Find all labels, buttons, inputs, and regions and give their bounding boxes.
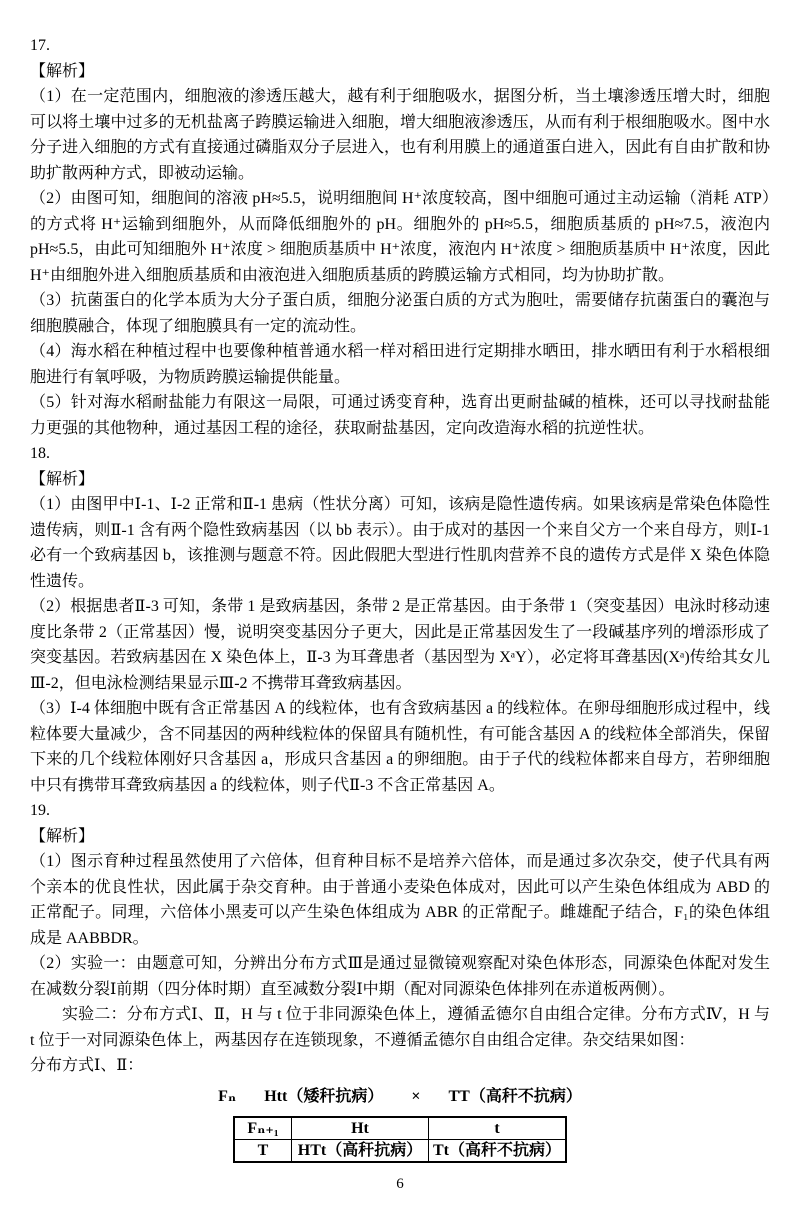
punnett-gamete-ht-cell: Ht xyxy=(292,1117,429,1140)
q17-paragraph-1: （1）在一定范围内，细胞液的渗透压越大，越有利于细胞吸水，据图分析，当土壤渗透压… xyxy=(30,84,770,186)
question-number-17: 17. xyxy=(30,33,770,59)
analysis-heading-17: 【解析】 xyxy=(30,59,770,85)
cross-generation-label: Fₙ xyxy=(218,1084,236,1110)
punnett-gamete-T-cell: T xyxy=(234,1140,292,1163)
q19-paragraph-2: （2）实验一：由题意可知，分辨出分布方式Ⅲ是通过显微镜观察配对染色体形态，同源染… xyxy=(30,951,770,1002)
q17-paragraph-5: （5）针对海水稻耐盐能力有限这一局限，可通过诱变育种，选育出更耐盐碱的植株，还可… xyxy=(30,390,770,441)
analysis-heading-19: 【解析】 xyxy=(30,824,770,850)
q18-paragraph-2: （2）根据患者Ⅱ-3 可知，条带 1 是致病基因，条带 2 是正常基因。由于条带… xyxy=(30,594,770,696)
section-q19: 19. 【解析】 （1）图示育种过程虽然使用了六倍体，但育种目标不是培养六倍体，… xyxy=(30,798,770,1079)
document-content: 17. 【解析】 （1）在一定范围内，细胞液的渗透压越大，越有利于细胞吸水，据图… xyxy=(0,0,800,1163)
question-number-19: 19. xyxy=(30,798,770,824)
q19-paragraph-3-experiment2: 实验二：分布方式Ⅰ、Ⅱ，H 与 t 位于非同源染色体上，遵循孟德尔自由组合定律。… xyxy=(30,1002,770,1053)
cross-parent2-genotype: TT（高秆不抗病） xyxy=(448,1084,581,1110)
section-q18: 18. 【解析】 （1）由图甲中Ⅰ-1、Ⅰ-2 正常和Ⅱ-1 患病（性状分离）可… xyxy=(30,441,770,798)
punnett-header-row: Fₙ₊₁ Ht t xyxy=(234,1117,566,1140)
q19-paragraph-1: （1）图示育种过程虽然使用了六倍体，但育种目标不是培养六倍体，而是通过多次杂交，… xyxy=(30,849,770,951)
punnett-offspring-1-cell: HTt（高秆抗病） xyxy=(292,1140,429,1163)
analysis-heading-18: 【解析】 xyxy=(30,467,770,493)
question-number-18: 18. xyxy=(30,441,770,467)
q18-paragraph-3: （3）Ⅰ-4 体细胞中既有含正常基因 A 的线粒体，也有含致病基因 a 的线粒体… xyxy=(30,696,770,798)
punnett-offspring-row: T HTt（高秆抗病） Tt（高秆不抗病） xyxy=(234,1140,566,1163)
section-q17: 17. 【解析】 （1）在一定范围内，细胞液的渗透压越大，越有利于细胞吸水，据图… xyxy=(30,33,770,441)
q18-paragraph-1: （1）由图甲中Ⅰ-1、Ⅰ-2 正常和Ⅱ-1 患病（性状分离）可知，该病是隐性遗传… xyxy=(30,492,770,594)
punnett-generation-cell: Fₙ₊₁ xyxy=(234,1117,292,1140)
cross-multiply-symbol: × xyxy=(411,1084,420,1110)
q19-distribution-label: 分布方式Ⅰ、Ⅱ： xyxy=(30,1053,770,1079)
q17-paragraph-4: （4）海水稻在种植过程中也要像种植普通水稻一样对稻田进行定期排水晒田，排水晒田有… xyxy=(30,339,770,390)
document-page: 17. 【解析】 （1）在一定范围内，细胞液的渗透压越大，越有利于细胞吸水，据图… xyxy=(0,0,800,1163)
punnett-offspring-2-cell: Tt（高秆不抗病） xyxy=(429,1140,567,1163)
q17-paragraph-3: （3）抗菌蛋白的化学本质为大分子蛋白质，细胞分泌蛋白质的方式为胞吐，需要储存抗菌… xyxy=(30,288,770,339)
punnett-gamete-t-cell: t xyxy=(429,1117,567,1140)
punnett-table: Fₙ₊₁ Ht t T HTt（高秆抗病） Tt（高秆不抗病） xyxy=(233,1116,567,1163)
cross-diagram: Fₙ Htt（矮秆抗病） × TT（高秆不抗病） xyxy=(30,1084,770,1110)
page-number: 6 xyxy=(0,1172,800,1198)
q17-paragraph-2: （2）由图可知，细胞间的溶液 pH≈5.5，说明细胞间 H⁺浓度较高，图中细胞可… xyxy=(30,186,770,288)
cross-parent1-genotype: Htt（矮秆抗病） xyxy=(264,1084,383,1110)
